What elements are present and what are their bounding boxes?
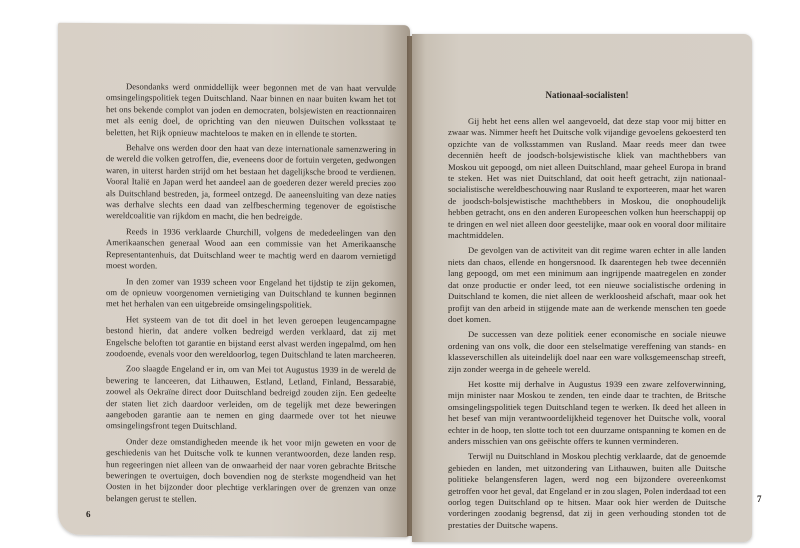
paragraph: Het systeem van de tot dit doel in het l… (106, 314, 396, 362)
left-page: Desondanks werd onmiddellijk weer begonn… (58, 23, 410, 537)
paragraph: In den zomer van 1939 scheen voor Engela… (106, 276, 396, 312)
paragraph: Zoo slaagde Engeland er in, om van Mei t… (106, 363, 396, 433)
paragraph: Gij hebt het eens allen wel aangevoeld, … (448, 116, 726, 241)
paragraph: Het kostte mij derhalve in Augustus 1939… (448, 379, 726, 447)
paragraph: Reeds in 1936 verklaarde Churchill, volg… (106, 226, 396, 274)
page-number: 7 (757, 494, 762, 504)
section-heading: Nationaal-socialisten! (448, 90, 726, 100)
right-page-body: Gij hebt het eens allen wel aangevoeld, … (448, 116, 726, 535)
paragraph: Behalve ons werden door den haat van dez… (106, 142, 396, 224)
paragraph: Desondanks werd onmiddellijk weer begonn… (106, 81, 396, 140)
right-page: Nationaal-socialisten! Gij hebt het eens… (412, 34, 752, 542)
paragraph: Onder deze omstandigheden meende ik het … (106, 436, 396, 506)
paragraph: Terwijl nu Duitschland in Moskou plechti… (448, 451, 726, 531)
paragraph: De gevolgen van de activiteit van dit re… (448, 245, 726, 325)
paragraph: De successen van deze politiek eener eco… (448, 329, 726, 375)
page-number: 6 (86, 509, 91, 519)
left-page-body: Desondanks werd onmiddellijk weer begonn… (106, 81, 396, 510)
